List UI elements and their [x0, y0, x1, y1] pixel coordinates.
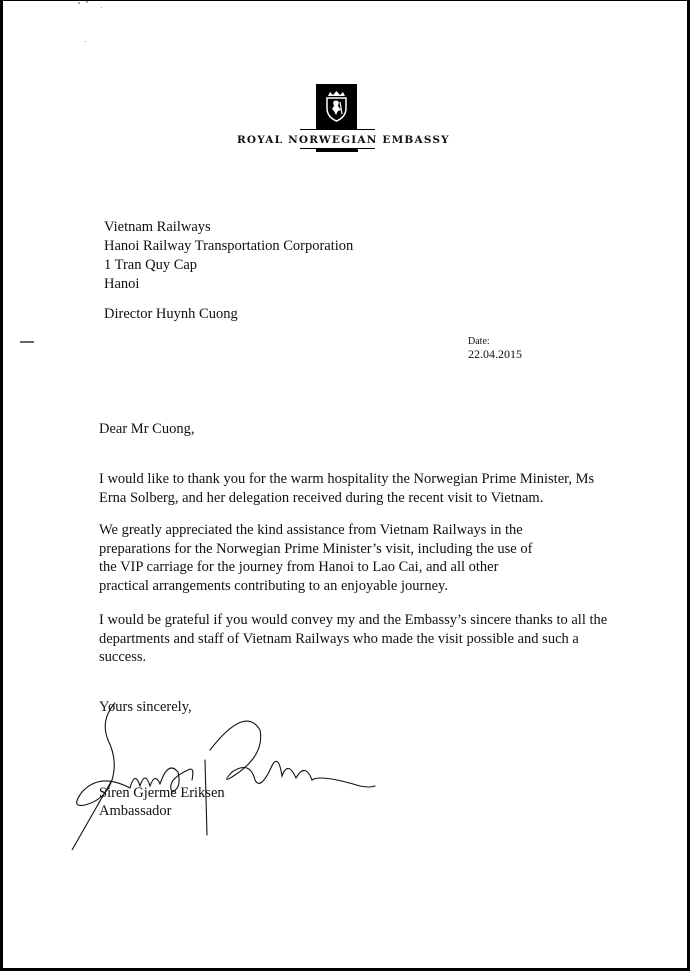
signer-name: Siren Gjerme Eriksen: [99, 785, 225, 802]
scan-border-top: [0, 0, 690, 1]
body-paragraph: We greatly appreciated the kind assistan…: [99, 521, 659, 595]
attention-line: Director Huynh Cuong: [104, 306, 238, 323]
paragraph-line: the VIP carriage for the journey from Ha…: [99, 558, 659, 577]
date-value: 22.04.2015: [468, 347, 522, 362]
norwegian-coat-of-arms-icon: [316, 84, 357, 129]
letterhead-rule: [316, 149, 358, 152]
organization-name: ROYAL NORWEGIAN EMBASSY: [237, 134, 437, 146]
paragraph-line: I would be grateful if you would convey …: [99, 611, 659, 630]
paragraph-line: success.: [99, 648, 659, 667]
date-label: Date:: [468, 336, 490, 347]
body-paragraph: I would be grateful if you would convey …: [99, 611, 659, 667]
paragraph-line: practical arrangements contributing to a…: [99, 577, 659, 596]
scan-speck: [78, 2, 80, 4]
address-line: Vietnam Railways: [104, 218, 353, 237]
address-line: 1 Tran Quy Cap: [104, 256, 353, 275]
paragraph-line: I would like to thank you for the warm h…: [99, 470, 659, 489]
address-line: Hanoi: [104, 275, 353, 294]
handwritten-signature-icon: [60, 700, 380, 855]
recipient-address: Vietnam Railways Hanoi Railway Transport…: [104, 218, 353, 294]
body-paragraph: I would like to thank you for the warm h…: [99, 470, 659, 507]
scan-speck: [85, 41, 86, 42]
scan-speck: [101, 7, 102, 8]
scan-speck: [86, 1, 88, 3]
salutation: Dear Mr Cuong,: [99, 421, 194, 438]
paragraph-line: preparations for the Norwegian Prime Min…: [99, 540, 659, 559]
paragraph-line: Erna Solberg, and her delegation receive…: [99, 489, 659, 508]
paragraph-line: departments and staff of Vietnam Railway…: [99, 630, 659, 649]
address-line: Hanoi Railway Transportation Corporation: [104, 237, 353, 256]
paragraph-line: We greatly appreciated the kind assistan…: [99, 521, 659, 540]
scan-border-left: [0, 0, 3, 971]
letterhead-rule: [300, 129, 375, 130]
fold-mark: [20, 341, 34, 343]
signer-title: Ambassador: [99, 803, 172, 820]
